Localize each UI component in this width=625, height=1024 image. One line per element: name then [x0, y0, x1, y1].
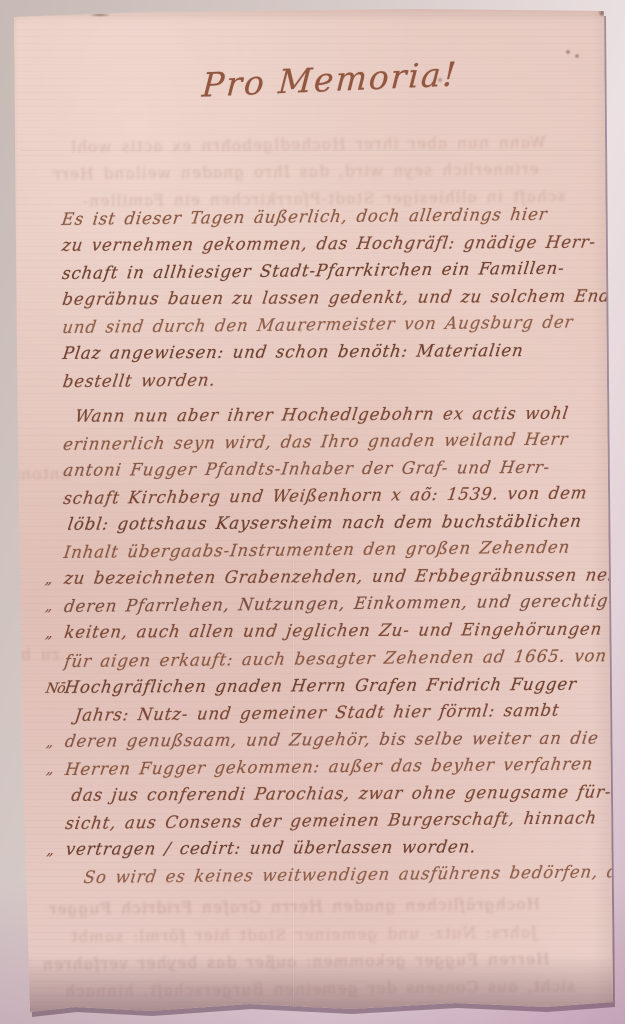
document-title: Pro Memoria! — [201, 54, 459, 104]
ink-bleedthrough: zu bezeichneten Grabenzehden, und Erbbeg… — [0, 645, 61, 668]
manuscript-line: Jahrs: Nutz- und gemeiner Stadt hier för… — [75, 697, 605, 727]
manuscript-line: für aigen erkauft: auch besagter Zehende… — [65, 643, 605, 673]
manuscript-line: bestellt worden. — [63, 364, 603, 394]
manuscript-line: Es ist dieser Tagen äußerlich, doch alle… — [62, 201, 602, 231]
manuscript-photo: Wann nun aber ihrer Hochedlgebohrn ex ac… — [0, 0, 625, 1024]
manuscript-line: Inhalt übergaabs-Instrumenten den großen… — [64, 534, 604, 564]
manuscript-line: Plaz angewiesen: und schon benöth: Mater… — [63, 337, 603, 367]
line-text: bestellt worden. — [61, 366, 217, 396]
manuscript-page: Wann nun aber ihrer Hochedlgebohrn ex ac… — [0, 0, 625, 1024]
manuscript-body: Es ist dieser Tagen äußerlich, doch alle… — [62, 201, 606, 890]
margin-mark: „ — [43, 567, 54, 594]
ink-bleedthrough: Wann nun aber ihrer Hochedlgebohrn ex ac… — [69, 133, 547, 156]
line-text: So wird es keines weitwendigen ausführen… — [82, 858, 625, 892]
manuscript-line: schaft Kirchberg und Weißenhorn x aõ: 15… — [64, 480, 604, 510]
manuscript-line: So wird es keines weitwendigen ausführen… — [84, 860, 606, 890]
ink-bleedthrough: erinnerlich seyn wird, das Ihro gnaden w… — [51, 160, 540, 183]
margin-mark: „ — [43, 594, 54, 621]
margin-mark: „ — [44, 729, 55, 756]
margin-mark: „ — [44, 757, 55, 784]
line-text: Plaz angewiesen: und schon benöth: Mater… — [61, 337, 526, 368]
manuscript-line: „keiten, auch allen und jeglichen Zu- un… — [64, 616, 604, 646]
fold-crease — [20, 150, 600, 152]
line-text: vertragen / cedirt: und überlassen worde… — [64, 833, 478, 863]
margin-mark: „ — [43, 621, 54, 648]
ink-bleedthrough: Jahrs: Nutz- und gemeiner Stadt hier för… — [69, 924, 539, 947]
ink-bleedthrough: antoni Fugger Pfandts-Inhaber der Graf- … — [0, 465, 71, 488]
margin-mark: „ — [45, 838, 56, 865]
manuscript-line: „Herren Fugger gekommen: außer das beyhe… — [65, 751, 605, 781]
manuscript-line: schaft in allhiesiger Stadt-Pfarrkirchen… — [62, 256, 602, 286]
ink-bleedthrough: Herren Fugger gekommen: außer das beyher… — [41, 950, 551, 973]
manuscript-line: sicht, aus Consens der gemeinen Burgersc… — [66, 805, 606, 835]
ink-bleedthrough: sicht, aus Consens der gemeinen Burgersc… — [63, 977, 576, 1000]
manuscript-line: erinnerlich seyn wird, das Ihro gnaden w… — [63, 426, 603, 456]
